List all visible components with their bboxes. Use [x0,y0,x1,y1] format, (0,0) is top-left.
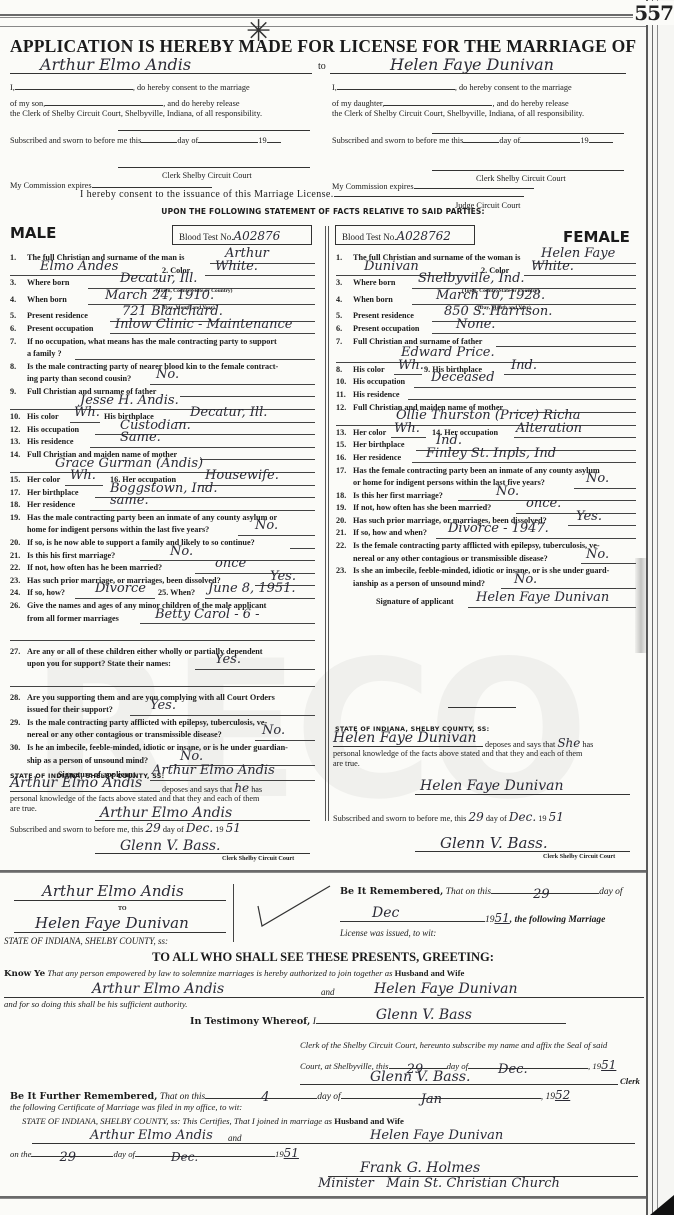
female-q21: 21.If so, how and when?Divorce - 1947. [336,527,636,540]
cert-date-line: on the29day ofDec.1951 [10,1146,299,1160]
minister-title: Minister Main St. Christian Church [318,1176,560,1191]
sworn-left: Subscribed and sworn to before me thisda… [10,135,281,146]
groom-underline [10,73,312,74]
minister-signature: Frank G. Holmes [360,1160,480,1176]
male-clerk-signature: Glenn V. Bass. [120,838,220,854]
male-q24: 24.If so, how?Divorce25. When?June 8, 19… [10,587,315,600]
male-q12: 12.His occupationCustodian. [10,424,315,437]
male-q6: 6.Present occupationInlow Clinic - Maint… [10,323,315,336]
judge-consent: I hereby consent to the issuance of this… [80,189,524,200]
male-q27c [10,675,315,688]
female-q23b: ianship as a person of unsound mind?No. [336,578,636,591]
facts-heading: UPON THE FOLLOWING STATEMENT OF FACTS RE… [0,207,646,216]
female-signature-row: Signature of applicantHelen Faye Dunivan [336,596,636,609]
bride-underline [330,73,626,74]
license-to: TO [118,906,127,912]
certifies-text: STATE OF INDIANA, SHELBY COUNTY, ss: Thi… [22,1116,404,1126]
female-q17b: or home for indigent persons within the … [336,477,636,490]
greeting: TO ALL WHO SHALL SEE THESE PRESENTS, GRE… [0,950,646,965]
be-it-remembered: Be It Remembered, That on this29day of [340,886,623,897]
female-q7b: Edward Price. [336,351,636,364]
clerk-signature-line [300,1084,618,1085]
application-title: APPLICATION IS HEREBY MADE FOR LICENSE F… [10,36,636,57]
female-q23: 23.Is she an imbecile, feeble-minded, id… [336,565,636,578]
female-label: FEMALE [563,228,630,246]
male-q7: 7.If no occupation, what means has the m… [10,336,315,349]
top-rule [0,14,646,18]
male-blood-test: Blood Test No.A02876 [172,225,312,245]
male-column: 1.The full Christian and surname of the … [10,252,315,782]
license-bracket [228,884,234,942]
bottom-rule [0,1196,646,1199]
female-q13: 13.Her colorWh.14. Her occupationAlterat… [336,427,636,440]
female-affidavit: Helen Faye Dunivan deposes and says that… [333,735,633,769]
state-line: STATE OF INDIANA, SHELBY COUNTY, ss: [4,936,168,946]
male-q26b: from all former marriagesBetty Carol - 6… [10,613,315,626]
binding-edge [646,0,674,1215]
license-groom-line [14,900,226,901]
names-line: Arthur Elmo Andis to Helen Faye Dunivan [10,55,625,75]
male-q20: 20.If so, is he now able to support a fa… [10,537,315,550]
male-clerk-label: Clerk Shelby Circuit Court [222,855,294,862]
male-q28b: issued for their support?Yes. [10,704,315,717]
male-sworn: Subscribed and sworn to before me, this … [10,823,241,835]
female-clerk-line [415,851,630,852]
male-blood-test-number: A02876 [233,229,280,243]
male-q27b: upon you for support? State their names:… [10,658,315,671]
know-ye: Know Ye That any person empowered by law… [4,968,464,979]
parental-consent-daughter: I,, do hereby consent to the marriage of… [332,82,632,118]
male-clerk-line [95,853,310,854]
male-label: MALE [10,224,56,242]
male-q17: 17.Her birthplaceBoggstown, Ind. [10,487,315,500]
female-signature: Helen Faye Dunivan [476,592,609,604]
female-blood-test: Blood Test No.A028762 [335,225,475,245]
female-affidavit-signature: Helen Faye Dunivan [420,778,564,794]
license-groom: Arthur Elmo Andis [42,882,184,900]
clerk-line-right [432,170,624,171]
certificate-text: the following Certificate of Marriage wa… [10,1102,242,1112]
be-it-further-remembered: Be It Further Remembered, That on this4d… [10,1088,570,1102]
male-q8b: ing party than second cousin?No. [10,373,315,386]
section-rule [0,870,646,873]
female-blood-test-number: A028762 [396,229,450,243]
male-q21: 21.Is this his first marriage?No. [10,550,315,563]
male-signature: Arthur Elmo Andis [152,765,275,777]
female-q6: 6.Present occupationNone. [336,323,636,336]
female-q10: 10.His occupationDeceased [336,376,636,389]
male-affidavit-signature: Arthur Elmo Andis [100,805,232,821]
column-divider [325,226,329,821]
license-issued: License was issued, to wit: [340,928,436,938]
clerk-text: Clerk of the Shelby Circuit Court, hereu… [300,1040,607,1050]
top-rule-2 [0,26,646,28]
male-q7b: a family ? [10,348,315,361]
sworn-right: Subscribed and sworn to before me thisda… [332,135,613,146]
male-q26c [10,629,315,642]
male-q19b: home for indigent persons within the las… [10,524,315,537]
male-q29b: nereal or any other contagious or transm… [10,729,315,742]
female-sworn: Subscribed and sworn to before me, this … [333,812,564,824]
male-q13: 13.His residenceSame. [10,436,315,449]
female-q18: 18.Is this her first marriage?No. [336,490,636,503]
male-q18: 18.Her residencesame. [10,499,315,512]
license-bride-line [14,932,226,933]
female-affidavit-sig-line [415,794,630,795]
testimony: In Testimony Whereof, IGlenn V. Bass [190,1011,566,1027]
bride-name: Helen Faye Dunivan [390,55,554,74]
check-mark-icon [240,878,340,933]
groom-name: Arthur Elmo Andis [40,55,191,74]
parent-signature-line-right [432,133,624,134]
remembered-date-line: Dec1951, the following Marriage [340,910,605,925]
clerk-line-left [118,167,310,168]
marriage-license-page: 557 RECO ✳ APPLICATION IS HEREBY MADE FO… [0,0,674,1215]
female-q11: 11.His residence [336,389,636,402]
clerk-signature: Glenn V. Bass. [370,1069,470,1085]
female-q12b: Ollie Thurston (Price) Richa [336,414,636,427]
authority-text: and for so doing this shall be his suffi… [4,999,187,1009]
female-column: 1.The full Christian and surname of the … [336,252,636,609]
scan-shadow [635,558,647,653]
female-q22b: nereal or any other contagious or transm… [336,553,636,566]
license-bride: Helen Faye Dunivan [35,914,189,932]
female-short-rule [448,707,516,708]
parent-signature-line-left [118,130,310,131]
page-number: 557 [633,1,674,25]
parental-consent-son: I,, do hereby consent to the marriage of… [10,82,310,118]
female-q16: 16.Her residenceFinley St. Inpls, Ind [336,452,636,465]
male-q27: 27.Are any or all of these children eith… [10,646,315,659]
female-clerk-label: Clerk Shelby Circuit Court [543,853,615,860]
joined-names: Arthur Elmo Andis and Helen Faye Dunivan [4,981,644,997]
female-clerk-signature: Glenn V. Bass. [440,834,548,852]
clerk-label: Clerk [620,1076,640,1086]
to-label: to [318,61,326,72]
male-q9b: Jesse H. Andis. [10,399,315,412]
cert-names: Arthur Elmo Andis and Helen Faye Dunivan [10,1128,635,1144]
male-q30: 30.Is he an imbecile, feeble-minded, idi… [10,742,315,755]
